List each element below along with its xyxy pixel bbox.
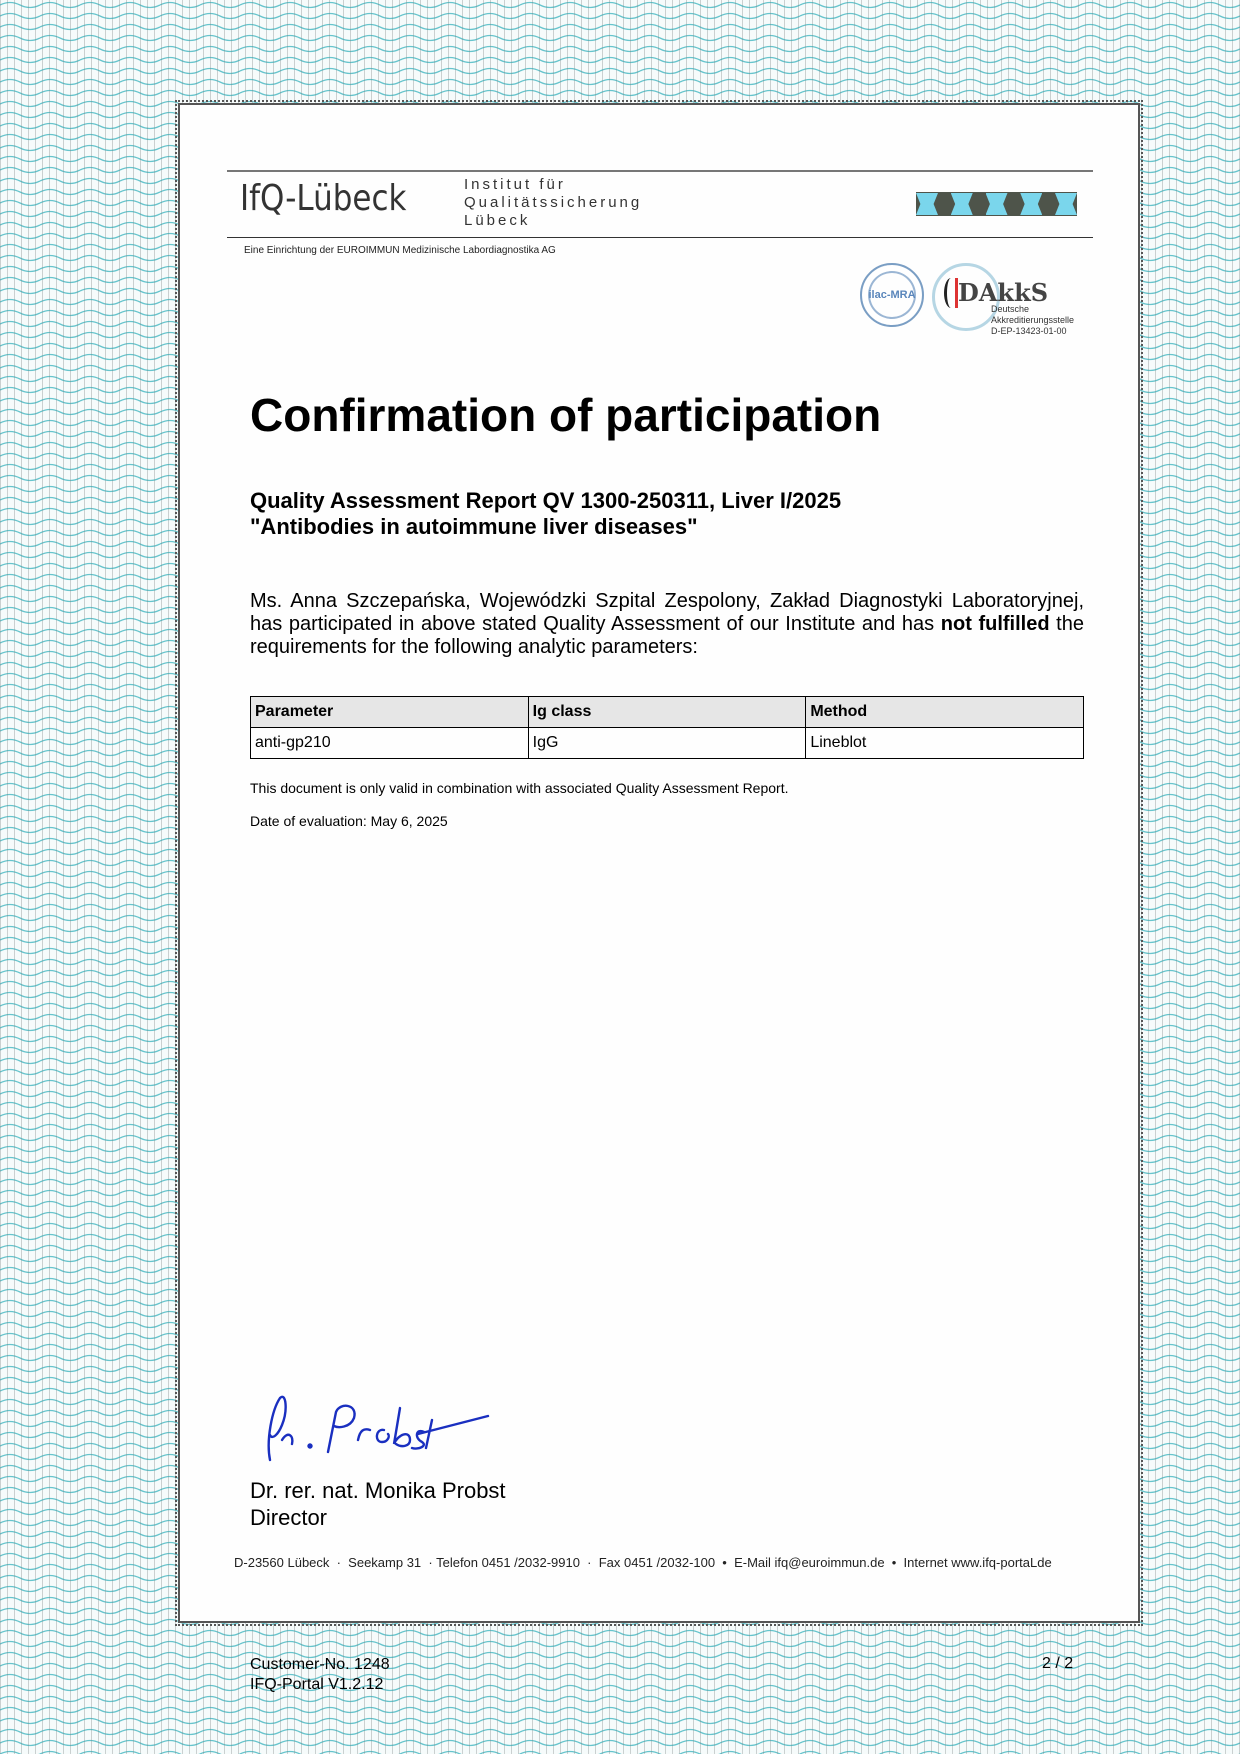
cell-ig-class: IgG xyxy=(528,728,806,759)
table-header-row: Parameter Ig class Method xyxy=(251,697,1084,728)
brand-stripe-icon xyxy=(916,192,1077,216)
institute-name: Institut für Qualitätssicherung Lübeck xyxy=(464,176,642,230)
statement-emphasis: not fulfilled xyxy=(941,613,1050,635)
institute-line-2: Qualitätssicherung xyxy=(464,194,642,212)
organization-subline: Eine Einrichtung der EUROIMMUN Medizinis… xyxy=(244,245,556,256)
signer-block: Dr. rer. nat. Monika Probst Director xyxy=(250,1477,506,1531)
dakks-line-1: Deutsche xyxy=(991,304,1074,315)
signer-role: Director xyxy=(250,1504,506,1531)
header-rule-bottom xyxy=(227,237,1093,238)
evaluation-date: Date of evaluation: May 6, 2025 xyxy=(250,813,448,829)
signature-icon xyxy=(258,1390,498,1470)
page-number: 2 / 2 xyxy=(1042,1655,1073,1673)
institute-line-3: Lübeck xyxy=(464,212,642,230)
parameters-table: Parameter Ig class Method anti-gp210 IgG… xyxy=(250,696,1084,759)
column-header-parameter: Parameter xyxy=(251,697,529,728)
header-rule-top xyxy=(227,170,1093,172)
report-heading: Quality Assessment Report QV 1300-250311… xyxy=(250,488,841,540)
institute-line-1: Institut für xyxy=(464,176,642,194)
participation-statement: Ms. Anna Szczepańska, Wojewódzki Szpital… xyxy=(250,590,1084,659)
column-header-ig-class: Ig class xyxy=(528,697,806,728)
cell-parameter: anti-gp210 xyxy=(251,728,529,759)
column-header-method: Method xyxy=(806,697,1084,728)
dakks-accreditation-number: D-EP-13423-01-00 xyxy=(991,326,1074,337)
report-topic: "Antibodies in autoimmune liver diseases… xyxy=(250,514,841,540)
dakks-mark-icon xyxy=(944,278,958,308)
signer-name: Dr. rer. nat. Monika Probst xyxy=(250,1477,506,1504)
validity-note: This document is only valid in combinati… xyxy=(250,780,788,796)
ifq-logo: IfQ-Lübeck xyxy=(240,178,406,219)
dakks-line-2: Akkreditierungsstelle xyxy=(991,315,1074,326)
table-row: anti-gp210 IgG Lineblot xyxy=(251,728,1084,759)
customer-info: Customer-No. 1248 IFQ-Portal V1.2.12 xyxy=(250,1655,390,1695)
dakks-logo: DAkkS xyxy=(958,278,1048,307)
report-line: Quality Assessment Report QV 1300-250311… xyxy=(250,488,841,514)
ilac-mra-logo-icon: ilac-MRA xyxy=(860,263,924,327)
document-title: Confirmation of participation xyxy=(250,388,881,442)
cell-method: Lineblot xyxy=(806,728,1084,759)
dakks-details: Deutsche Akkreditierungsstelle D-EP-1342… xyxy=(991,304,1074,337)
institute-address: D-23560 Lübeck · Seekamp 31 · Telefon 04… xyxy=(234,1555,1052,1570)
customer-number: Customer-No. 1248 xyxy=(250,1655,390,1675)
portal-version: IFQ-Portal V1.2.12 xyxy=(250,1675,390,1695)
